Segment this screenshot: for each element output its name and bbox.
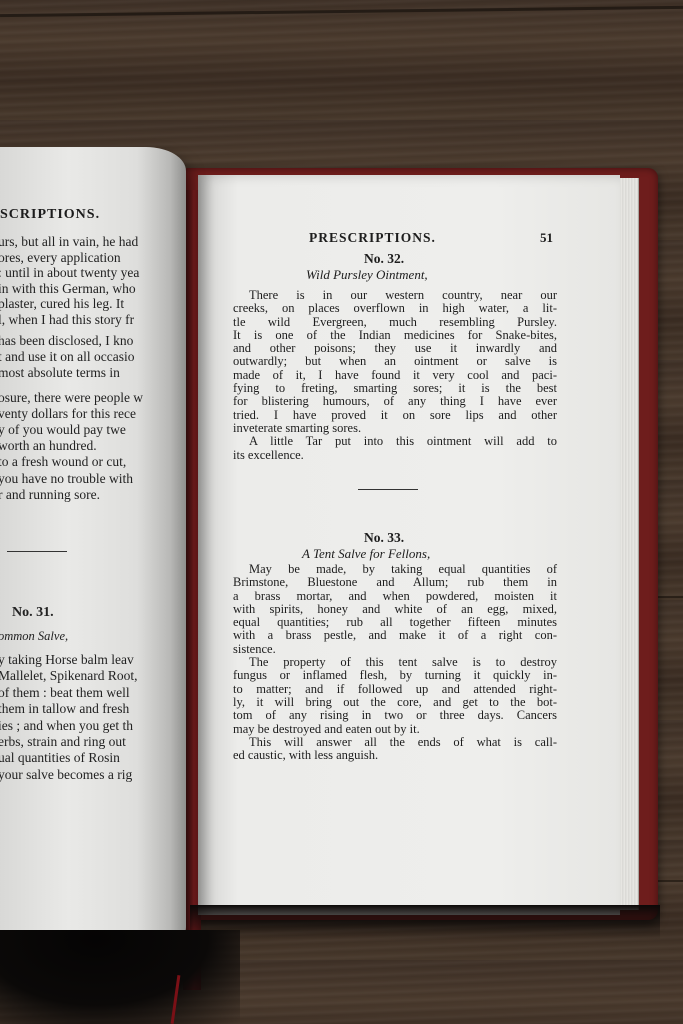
recipe-number: No. 33.	[364, 530, 404, 546]
text-block: has been disclosed, I kno t and use it o…	[0, 333, 143, 503]
text-line: creeks, on places overflown in high wate…	[233, 302, 557, 315]
text-line: a brass mortar, and when powdered, moist…	[233, 590, 557, 603]
text-line: outwardly; but when an ointment or salve…	[233, 355, 557, 368]
text-line: y taking Horse balm leav	[0, 652, 137, 668]
book-shadow	[0, 930, 240, 1024]
text-line: tried. I have proved it on sore lips and…	[233, 409, 557, 422]
text-line: most absolute terms in	[0, 365, 143, 381]
text-line: May be made, by taking equal quantities …	[233, 563, 557, 576]
recipe-body: There is in our western country, near ou…	[233, 289, 557, 462]
text-line: Brimstone, Bluestone and Allum; rub them…	[233, 576, 557, 589]
text-line: sistence.	[233, 643, 557, 656]
text-line: A little Tar put into this ointment will…	[233, 435, 557, 448]
text-line: its excellence.	[233, 449, 557, 462]
recipe-title: A Tent Salve for Fellons,	[302, 546, 430, 562]
text-line: them in tallow and fresh	[0, 701, 137, 717]
text-line: This will answer all the ends of what is…	[233, 736, 557, 749]
text-line: osure, there were people w	[0, 390, 143, 406]
text-line: to a fresh wound or cut,	[0, 454, 143, 470]
text-line: in with this German, who	[0, 281, 139, 297]
text-line: ual quantities of Rosin	[0, 750, 137, 766]
text-line: with spirits, honey and white of an egg,…	[233, 603, 557, 616]
text-line: l, when I had this story fr	[0, 312, 139, 328]
recipe-number: No. 32.	[364, 251, 404, 267]
text-line: to matter; and if followed up and attend…	[233, 683, 557, 696]
text-line: plaster, cured his leg. It	[0, 296, 139, 312]
left-page: SCRIPTIONS. urs, but all in vain, he had…	[0, 147, 186, 955]
text-line: may be destroyed and eaten out by it.	[233, 723, 557, 736]
page-number: 51	[540, 230, 553, 246]
text-line: fungus or inflamed flesh, by turning it …	[233, 669, 557, 682]
text-line: made of it, I have found it very cool an…	[233, 369, 557, 382]
text-line: equal quantities; rub all together fifte…	[233, 616, 557, 629]
text-line: ores, every application	[0, 250, 139, 266]
text-line: Mallelet, Spikenard Root,	[0, 668, 137, 684]
text-line: urs, but all in vain, he had	[0, 234, 139, 250]
text-line: with a brass pestle, and make it of a ri…	[233, 629, 557, 642]
text-line: y of you would pay twe	[0, 422, 143, 438]
text-line: ly, it will bring out the core, and get …	[233, 696, 557, 709]
text-line: inveterate smarting sores.	[233, 422, 557, 435]
running-head: PRESCRIPTIONS.	[309, 230, 436, 246]
text-line: r and running sore.	[0, 487, 143, 503]
text-line: t and use it on all occasio	[0, 349, 143, 365]
text-line: of them : beat them well	[0, 685, 137, 701]
text-line: The property of this tent salve is to de…	[233, 656, 557, 669]
recipe-title: ommon Salve,	[0, 629, 68, 645]
wood-crack	[0, 6, 683, 17]
text-line: your salve becomes a rig	[0, 767, 137, 783]
text-line: erbs, strain and ring out	[0, 734, 137, 750]
right-page	[198, 175, 620, 915]
running-head: SCRIPTIONS.	[0, 207, 100, 223]
text-line: you have no trouble with	[0, 471, 143, 487]
paragraph-gap	[0, 382, 143, 390]
text-line: : until in about twenty yea	[0, 265, 139, 281]
section-divider	[7, 551, 67, 552]
recipe-title: Wild Pursley Ointment,	[306, 267, 428, 283]
text-line: There is in our western country, near ou…	[233, 289, 557, 302]
text-block: y taking Horse balm leav Mallelet, Spike…	[0, 652, 137, 783]
text-line: tom of any rising in two or three days. …	[233, 709, 557, 722]
text-line: venty dollars for this rece	[0, 406, 143, 422]
text-block: urs, but all in vain, he had ores, every…	[0, 234, 139, 328]
text-line: ies ; and when you get th	[0, 718, 137, 734]
text-line: fying to freting, smarting sores; it is …	[233, 382, 557, 395]
section-divider	[358, 489, 418, 490]
text-line: tle wild Evergreen, much resembling Purs…	[233, 316, 557, 329]
text-line: ed caustic, with less anguish.	[233, 749, 557, 762]
text-line: for blistering humours, of any thing I h…	[233, 395, 557, 408]
recipe-number: No. 31.	[12, 605, 54, 621]
text-line: It is one of the Indian medicines for Sn…	[233, 329, 557, 342]
recipe-body: May be made, by taking equal quantities …	[233, 563, 557, 762]
book-shadow	[190, 905, 660, 940]
text-line: has been disclosed, I kno	[0, 333, 143, 349]
text-line: and other poisons; they use it inwardly …	[233, 342, 557, 355]
text-line: worth an hundred.	[0, 438, 143, 454]
